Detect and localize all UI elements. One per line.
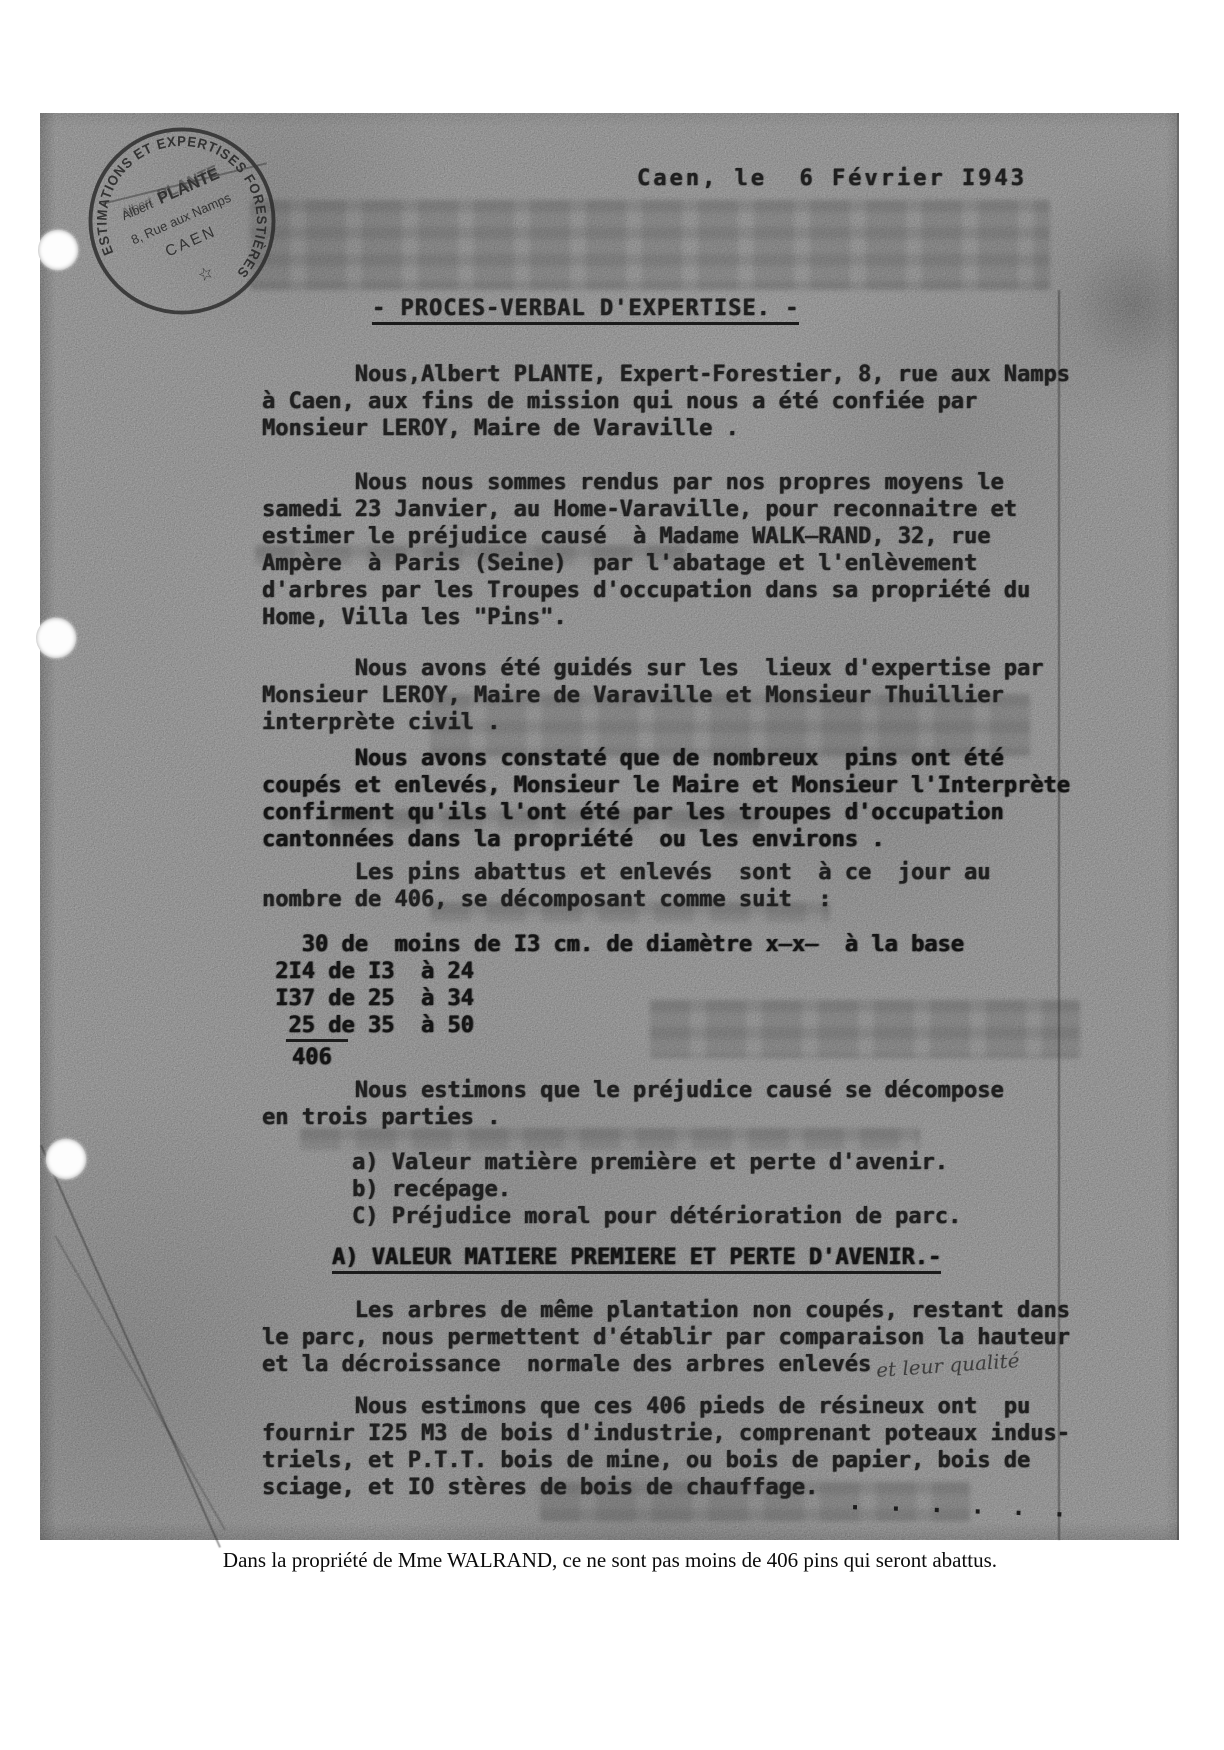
punch-hole [46, 1139, 86, 1179]
document-title: - PROCES-VERBAL D'EXPERTISE. - [372, 295, 799, 322]
paragraph-three-parts: Nous estimons que le préjudice causé se … [262, 1077, 1004, 1131]
damage-list: a) Valeur matière première et perte d'av… [352, 1149, 961, 1230]
bleedthrough-text-ghost [250, 200, 1050, 290]
paragraph-guides: Nous avons été guidés sur les lieux d'ex… [262, 655, 1043, 736]
paragraph-count-intro: Les pins abattus et enlevés sont à ce jo… [262, 859, 990, 913]
paragraph-constat: Nous avons constaté que de nombreux pins… [262, 745, 1070, 853]
paragraph-visit: Nous nous sommes rendus par nos propres … [262, 469, 1030, 631]
tree-total-count: 406 [286, 1039, 348, 1071]
damage-item-a: a) Valeur matière première et perte d'av… [352, 1150, 948, 1175]
screenshot-canvas: ESTIMATIONS ET EXPERTISES FORESTIÈRES Al… [0, 0, 1224, 1750]
expert-forester-stamp: ESTIMATIONS ET EXPERTISES FORESTIÈRES Al… [76, 115, 288, 327]
paragraph-volume: Nous estimons que ces 406 pieds de résin… [262, 1393, 1070, 1501]
punch-hole [36, 618, 76, 658]
damage-item-b: b) recépage. [352, 1177, 511, 1202]
paragraph-mission: Nous,Albert PLANTE, Expert-Forestier, 8,… [262, 361, 1070, 442]
dateline: Caen, le 6 Février I943 [637, 165, 1027, 192]
photo-caption: Dans la propriété de Mme WALRAND, ce ne … [60, 1548, 1160, 1573]
fold-crease-line [54, 1235, 226, 1530]
bleedthrough-text-ghost [300, 1128, 920, 1150]
stamp-star-icon: ☆ [194, 261, 216, 286]
tree-diameter-rows: 30 de moins de I3 cm. de diamètre x̶x̶ à… [262, 932, 964, 1038]
section-a-heading: A) VALEUR MATIERE PREMIERE ET PERTE D'AV… [332, 1244, 941, 1271]
scanned-document-page: ESTIMATIONS ET EXPERTISES FORESTIÈRES Al… [40, 113, 1179, 1540]
tree-diameter-table: 30 de moins de I3 cm. de diamètre x̶x̶ à… [262, 931, 964, 1071]
punch-hole [38, 230, 78, 270]
damage-item-c: C) Préjudice moral pour détérioration de… [352, 1204, 961, 1229]
fold-crease-line [40, 1145, 221, 1548]
